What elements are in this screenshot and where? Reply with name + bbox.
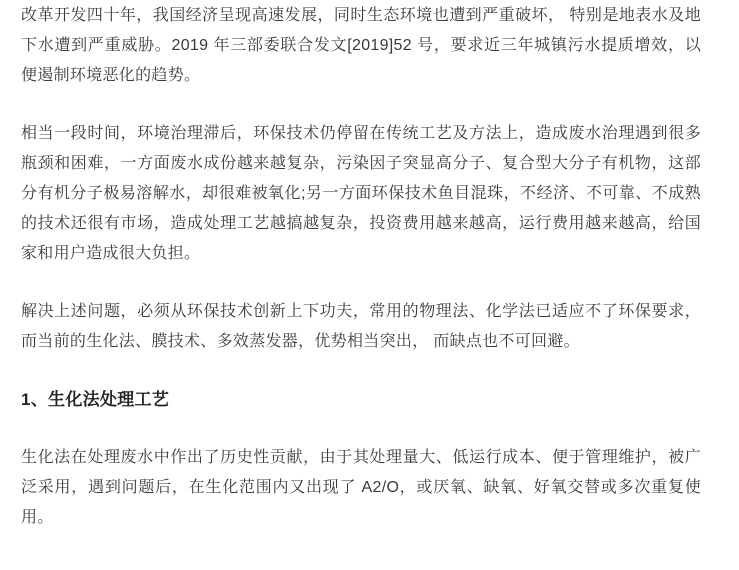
paragraph-intro: 改革开发四十年，我国经济呈现高速发展，同时生态环境也遭到严重破坏， 特别是地表水…: [21, 1, 701, 91]
paragraph-problems: 相当一段时间，环境治理滞后，环保技术仍停留在传统工艺及方法上，造成废水治理遇到很…: [21, 119, 701, 269]
section-heading-biochemical-process: 1、生化法处理工艺: [21, 385, 701, 415]
paragraph-biochemical-method: 生化法在处理废水中作出了历史性贡献，由于其处理量大、低运行成本、便于管理维护，被…: [21, 443, 701, 533]
article-page: 改革开发四十年，我国经济呈现高速发展，同时生态环境也遭到严重破坏， 特别是地表水…: [0, 0, 739, 533]
paragraph-solutions: 解决上述问题，必须从环保技术创新上下功夫，常用的物理法、化学法已适应不了环保要求…: [21, 297, 701, 357]
